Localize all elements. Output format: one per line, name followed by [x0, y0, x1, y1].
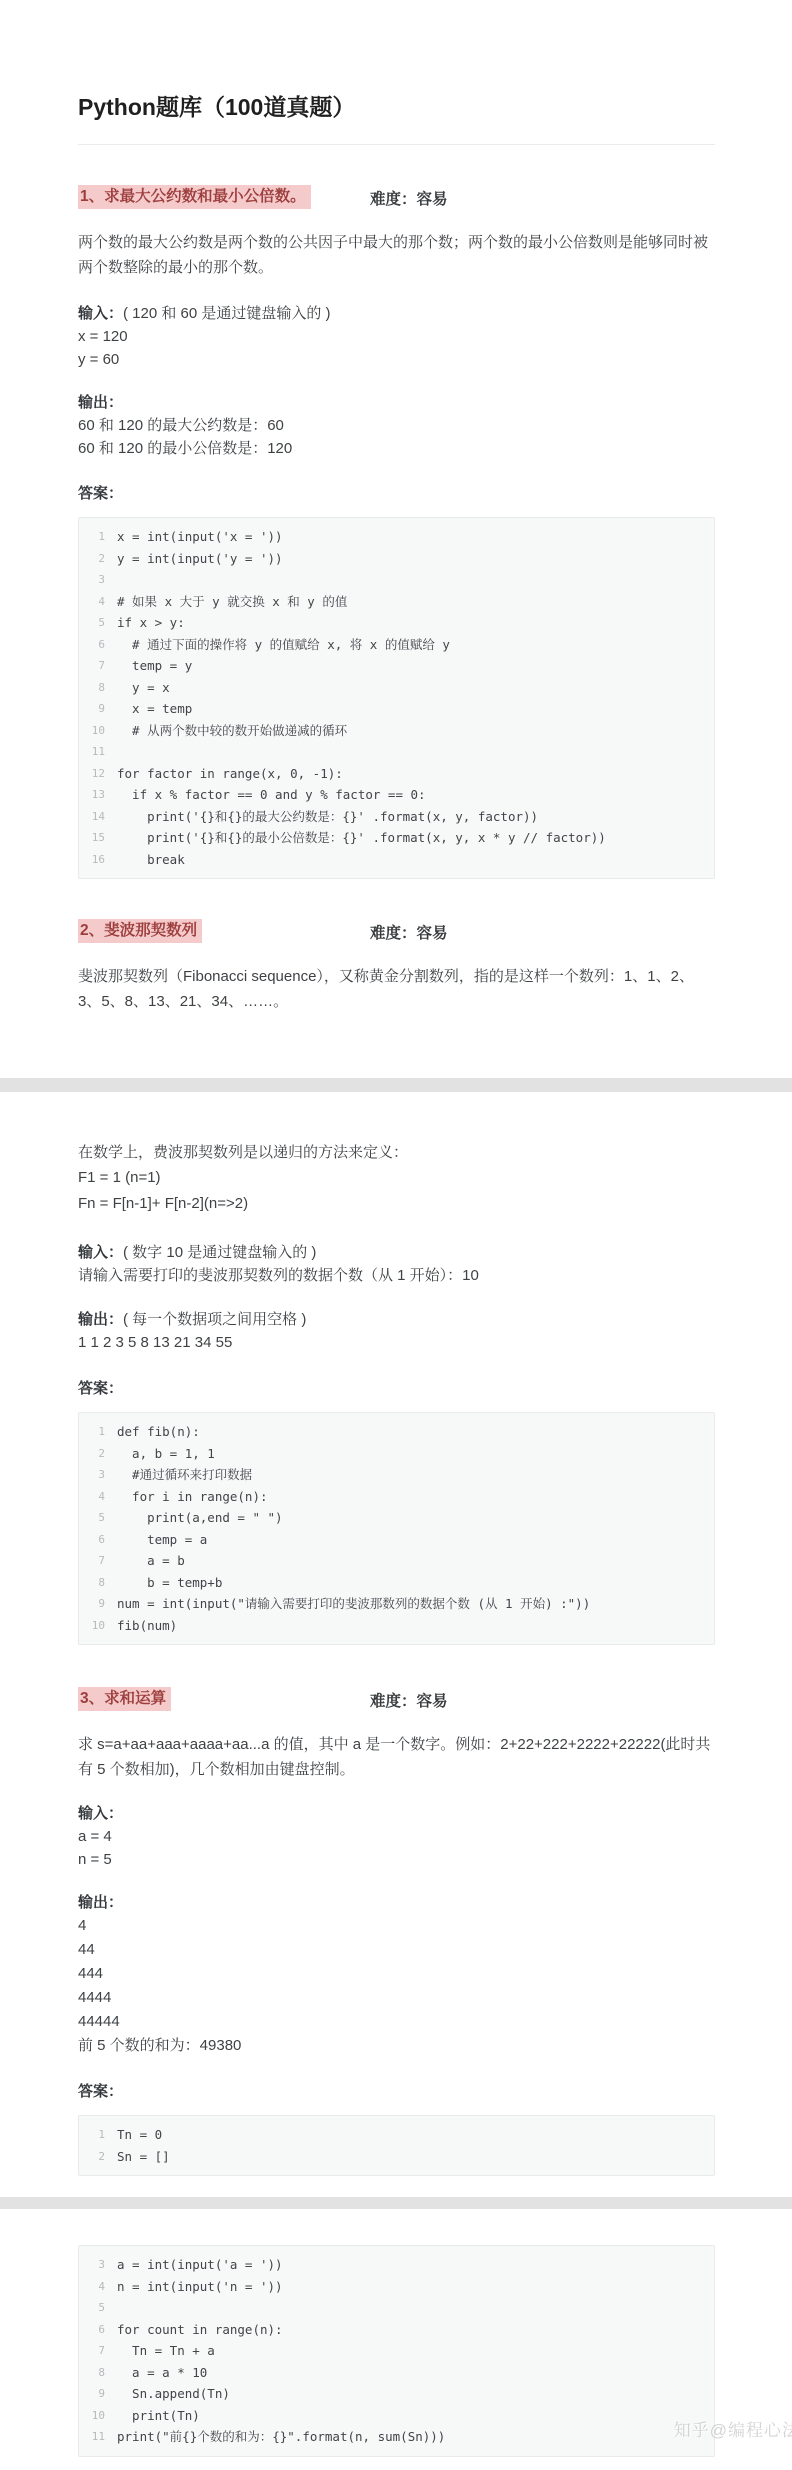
code-line: 2y = int(input('y = ')): [79, 548, 714, 570]
output-lines: 60 和 120 的最大公约数是：6060 和 120 的最小公倍数是：120: [78, 414, 715, 460]
code-text: a = b: [117, 1550, 185, 1572]
line-number: 6: [79, 634, 117, 656]
text-line: 60 和 120 的最大公约数是：60: [78, 414, 715, 437]
text-line: x = 120: [78, 325, 715, 348]
code-text: fib(num): [117, 1615, 177, 1637]
line-number: 16: [79, 849, 117, 871]
input-note: ( 数字 10 是通过键盘输入的 ): [123, 1244, 316, 1261]
line-number: 14: [79, 806, 117, 828]
text-line: 44: [78, 1938, 715, 1962]
section-3-answer-label: 答案：: [78, 2080, 715, 2103]
text-line: a = 4: [78, 1825, 715, 1848]
line-number: 12: [79, 763, 117, 785]
code-text: n = int(input('n = ')): [117, 2276, 283, 2298]
line-number: 4: [79, 591, 117, 613]
code-line: 2 a, b = 1, 1: [79, 1443, 714, 1465]
code-text: # 通过下面的操作将 y 的值赋给 x, 将 x 的值赋给 y: [117, 634, 450, 656]
code-line: 1x = int(input('x = ')): [79, 526, 714, 548]
section-2-definition-intro: 在数学上，费波那契数列是以递归的方法来定义：: [78, 1140, 715, 1165]
code-text: break: [117, 849, 185, 871]
output-heading: 输出：( 每一个数据项之间用空格 ): [78, 1308, 715, 1331]
section-2-input-group: 输入：( 数字 10 是通过键盘输入的 ) 请输入需要打印的斐波那契数列的数据个…: [78, 1241, 715, 1288]
output-note: ( 每一个数据项之间用空格 ): [123, 1311, 306, 1328]
text-line: n = 5: [78, 1848, 715, 1871]
code-line: 7 a = b: [79, 1550, 714, 1572]
code-text: print(Tn): [117, 2405, 200, 2427]
input-label: 输入：: [78, 1805, 123, 1822]
code-text: for count in range(n):: [117, 2319, 283, 2341]
line-number: 7: [79, 2340, 117, 2362]
code-text: for factor in range(x, 0, -1):: [117, 763, 343, 785]
line-number: 10: [79, 1615, 117, 1637]
text-line: 4444: [78, 1986, 715, 2010]
code-text: print('{}和{}的最小公倍数是：{}' .format(x, y, x …: [117, 827, 606, 849]
text-line: 444: [78, 1962, 715, 1986]
output-label: 输出：: [78, 1311, 123, 1328]
text-line: 前 5 个数的和为：49380: [78, 2034, 715, 2058]
input-lines: x = 120y = 60: [78, 325, 715, 371]
output-heading: 输出：: [78, 391, 715, 414]
section-2-answer-label: 答案：: [78, 1377, 715, 1400]
section-2-title: 2、斐波那契数列: [78, 919, 202, 943]
code-line: 11: [79, 741, 714, 763]
code-line: 9 x = temp: [79, 698, 714, 720]
code-line: 11print("前{}个数的和为：{}".format(n, sum(Sn))…: [79, 2426, 714, 2448]
line-number: 5: [79, 612, 117, 634]
code-line: 5 print(a,end = " "): [79, 1507, 714, 1529]
code-line: 7 temp = y: [79, 655, 714, 677]
input-heading: 输入：: [78, 1802, 715, 1825]
code-text: print(a,end = " "): [117, 1507, 283, 1529]
code-text: a = int(input('a = ')): [117, 2254, 283, 2276]
section-1-input-group: 输入：( 120 和 60 是通过键盘输入的 ) x = 120y = 60: [78, 302, 715, 371]
line-number: 2: [79, 548, 117, 570]
code-line: 9num = int(input("请输入需要打印的斐波那数列的数据个数 (从 …: [79, 1593, 714, 1615]
code-line: 7 Tn = Tn + a: [79, 2340, 714, 2362]
output-label: 输出：: [78, 394, 123, 411]
code-text: print('{}和{}的最大公约数是：{}' .format(x, y, fa…: [117, 806, 538, 828]
code-line: 13 if x % factor == 0 and y % factor == …: [79, 784, 714, 806]
section-3-header: 3、求和运算 难度：容易: [78, 1687, 715, 1712]
line-number: 7: [79, 1550, 117, 1572]
line-number: 9: [79, 1593, 117, 1615]
code-text: b = temp+b: [117, 1572, 222, 1594]
line-number: 8: [79, 677, 117, 699]
code-text: #通过循环来打印数据: [117, 1464, 252, 1486]
section-2-formulas: F1 = 1 (n=1)Fn = F[n-1]+ F[n-2](n=>2): [78, 1165, 715, 1217]
line-number: 4: [79, 2276, 117, 2298]
section-3-title: 3、求和运算: [78, 1687, 171, 1711]
code-text: x = int(input('x = ')): [117, 526, 283, 548]
line-number: 5: [79, 1507, 117, 1529]
code-text: a, b = 1, 1: [117, 1443, 215, 1465]
code-text: x = temp: [117, 698, 192, 720]
line-number: 13: [79, 784, 117, 806]
line-number: 10: [79, 720, 117, 742]
section-3-difficulty-badge: 难度：容易: [370, 1689, 448, 1711]
section-3-code-block-part-1: 1Tn = 02Sn = []: [78, 2115, 715, 2176]
code-line: 14 print('{}和{}的最大公约数是：{}' .format(x, y,…: [79, 806, 714, 828]
page-2-bottom-spacer: [78, 2176, 715, 2197]
code-text: if x > y:: [117, 612, 185, 634]
title-divider: [78, 144, 715, 145]
section-3-code-block-part-2: 3a = int(input('a = '))4n = int(input('n…: [78, 2245, 715, 2457]
code-line: 5: [79, 2297, 714, 2319]
page-title: Python题库（100道真题）: [78, 92, 715, 122]
output-label: 输出：: [78, 1894, 123, 1911]
line-number: 3: [79, 1464, 117, 1486]
code-line: 2Sn = []: [79, 2146, 714, 2168]
code-text: for i in range(n):: [117, 1486, 268, 1508]
code-text: temp = a: [117, 1529, 207, 1551]
code-line: 10fib(num): [79, 1615, 714, 1637]
code-text: print("前{}个数的和为：{}".format(n, sum(Sn))): [117, 2426, 445, 2448]
page-separator-2: [0, 2197, 792, 2209]
input-label: 输入：: [78, 305, 123, 322]
code-line: 5if x > y:: [79, 612, 714, 634]
section-1-description: 两个数的最大公约数是两个数的公共因子中最大的那个数；两个数的最小公倍数则是能够同…: [78, 230, 715, 280]
input-label: 输入：: [78, 1244, 123, 1261]
line-number: 10: [79, 2405, 117, 2427]
line-number: 6: [79, 2319, 117, 2341]
line-number: 2: [79, 2146, 117, 2168]
output-heading: 输出：: [78, 1891, 715, 1914]
line-number: 15: [79, 827, 117, 849]
line-number: 9: [79, 698, 117, 720]
section-2-header: 2、斐波那契数列 难度：容易: [78, 919, 715, 944]
code-line: 4n = int(input('n = ')): [79, 2276, 714, 2298]
line-number: 3: [79, 569, 117, 591]
line-number: 8: [79, 1572, 117, 1594]
code-line: 16 break: [79, 849, 714, 871]
text-line: y = 60: [78, 348, 715, 371]
section-1-answer-label: 答案：: [78, 482, 715, 505]
document-page: Python题库（100道真题） 1、求最大公约数和最小公倍数。 难度：容易 两…: [0, 0, 792, 2470]
code-text: if x % factor == 0 and y % factor == 0:: [117, 784, 426, 806]
line-number: 4: [79, 1486, 117, 1508]
text-line: 1 1 2 3 5 8 13 21 34 55: [78, 1331, 715, 1355]
line-number: 7: [79, 655, 117, 677]
code-text: Sn.append(Tn): [117, 2383, 230, 2405]
code-line: 1Tn = 0: [79, 2124, 714, 2146]
section-2-description: 斐波那契数列（Fibonacci sequence），又称黄金分割数列，指的是这…: [78, 964, 715, 1014]
code-line: 6for count in range(n):: [79, 2319, 714, 2341]
code-line: 3a = int(input('a = ')): [79, 2254, 714, 2276]
text-line: 60 和 120 的最小公倍数是：120: [78, 437, 715, 460]
code-line: 9 Sn.append(Tn): [79, 2383, 714, 2405]
code-line: 8 y = x: [79, 677, 714, 699]
code-text: y = int(input('y = ')): [117, 548, 283, 570]
text-line: Fn = F[n-1]+ F[n-2](n=>2): [78, 1191, 715, 1217]
code-line: 3 #通过循环来打印数据: [79, 1464, 714, 1486]
output-lines: 1 1 2 3 5 8 13 21 34 55: [78, 1331, 715, 1355]
line-number: 1: [79, 526, 117, 548]
code-text: y = x: [117, 677, 170, 699]
line-number: 9: [79, 2383, 117, 2405]
line-number: 11: [79, 2426, 117, 2448]
section-2-difficulty-badge: 难度：容易: [370, 921, 448, 943]
text-line: 4: [78, 1914, 715, 1938]
code-line: 8 b = temp+b: [79, 1572, 714, 1594]
line-number: 1: [79, 1421, 117, 1443]
code-line: 3: [79, 569, 714, 591]
section-1-code-block: 1x = int(input('x = '))2y = int(input('y…: [78, 517, 715, 879]
section-2-code-block: 1def fib(n):2 a, b = 1, 13 #通过循环来打印数据4 f…: [78, 1412, 715, 1645]
code-line: 15 print('{}和{}的最小公倍数是：{}' .format(x, y,…: [79, 827, 714, 849]
text-line: 请输入需要打印的斐波那契数列的数据个数（从 1 开始）：10: [78, 1264, 715, 1288]
line-number: 5: [79, 2297, 117, 2319]
page-separator-1: [0, 1078, 792, 1092]
code-text: Sn = []: [117, 2146, 170, 2168]
code-text: temp = y: [117, 655, 192, 677]
section-1-difficulty-badge: 难度：容易: [370, 187, 448, 209]
output-lines: 444444444444444前 5 个数的和为：49380: [78, 1914, 715, 2058]
line-number: 11: [79, 741, 117, 763]
line-number: 8: [79, 2362, 117, 2384]
code-text: a = a * 10: [117, 2362, 207, 2384]
text-line: 44444: [78, 2010, 715, 2034]
code-text: # 从两个数中较的数开始做递减的循环: [117, 720, 347, 742]
code-line: 6 temp = a: [79, 1529, 714, 1551]
section-2-output-group: 输出：( 每一个数据项之间用空格 ) 1 1 2 3 5 8 13 21 34 …: [78, 1308, 715, 1355]
code-line: 10 # 从两个数中较的数开始做递减的循环: [79, 720, 714, 742]
input-note: ( 120 和 60 是通过键盘输入的 ): [123, 305, 331, 322]
input-lines: 请输入需要打印的斐波那契数列的数据个数（从 1 开始）：10: [78, 1264, 715, 1288]
section-3-input-group: 输入： a = 4n = 5: [78, 1802, 715, 1871]
section-3-output-group: 输出： 444444444444444前 5 个数的和为：49380: [78, 1891, 715, 2058]
line-number: 1: [79, 2124, 117, 2146]
text-line: F1 = 1 (n=1): [78, 1165, 715, 1191]
code-text: # 如果 x 大于 y 就交换 x 和 y 的值: [117, 591, 347, 613]
code-text: num = int(input("请输入需要打印的斐波那数列的数据个数 (从 1…: [117, 1593, 590, 1615]
section-3-description: 求 s=a+aa+aaa+aaaa+aa...a 的值，其中 a 是一个数字。例…: [78, 1732, 715, 1782]
section-1-output-group: 输出： 60 和 120 的最大公约数是：6060 和 120 的最小公倍数是：…: [78, 391, 715, 460]
input-lines: a = 4n = 5: [78, 1825, 715, 1871]
line-number: 2: [79, 1443, 117, 1465]
code-line: 1def fib(n):: [79, 1421, 714, 1443]
page-1-bottom-spacer: [78, 1014, 715, 1078]
watermark: 知乎@编程心法: [674, 2416, 792, 2441]
input-heading: 输入：( 数字 10 是通过键盘输入的 ): [78, 1241, 715, 1264]
section-1-title: 1、求最大公约数和最小公倍数。: [78, 185, 311, 209]
input-heading: 输入：( 120 和 60 是通过键盘输入的 ): [78, 302, 715, 325]
code-line: 6 # 通过下面的操作将 y 的值赋给 x, 将 x 的值赋给 y: [79, 634, 714, 656]
section-1-header: 1、求最大公约数和最小公倍数。 难度：容易: [78, 185, 715, 210]
code-text: Tn = 0: [117, 2124, 162, 2146]
code-text: def fib(n):: [117, 1421, 200, 1443]
line-number: 6: [79, 1529, 117, 1551]
code-text: Tn = Tn + a: [117, 2340, 215, 2362]
code-line: 10 print(Tn): [79, 2405, 714, 2427]
code-line: 8 a = a * 10: [79, 2362, 714, 2384]
code-line: 4# 如果 x 大于 y 就交换 x 和 y 的值: [79, 591, 714, 613]
code-line: 12for factor in range(x, 0, -1):: [79, 763, 714, 785]
code-line: 4 for i in range(n):: [79, 1486, 714, 1508]
line-number: 3: [79, 2254, 117, 2276]
